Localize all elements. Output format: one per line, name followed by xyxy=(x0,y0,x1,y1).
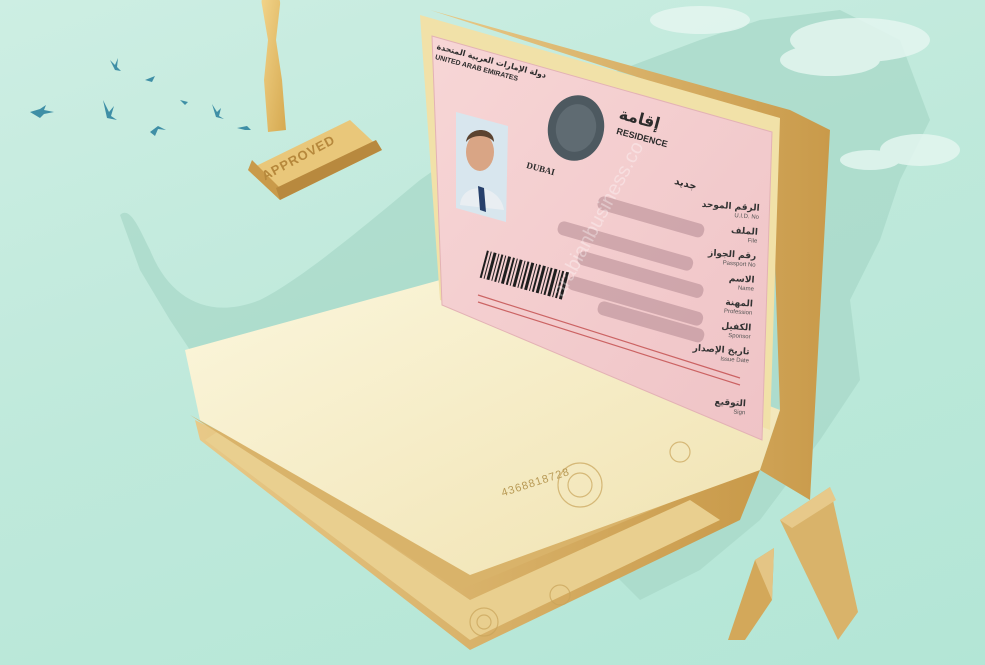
field-passport-no: رقم الجوازPassport No xyxy=(707,249,756,270)
field-sponsor: الكفيلSponsor xyxy=(720,323,751,343)
field-profession: المهنةProfession xyxy=(724,299,754,319)
field-issue-date: تاريخ الإصدارIssue Date xyxy=(692,345,750,367)
birds xyxy=(30,58,251,136)
illustration xyxy=(0,0,985,665)
field-file: الملفFile xyxy=(730,227,758,247)
field-sign: التوقيعSign xyxy=(713,398,746,418)
scene: APPROVED دولة الإمارات العربية المتحدة U… xyxy=(0,0,985,665)
field-name: الاسمName xyxy=(728,275,755,295)
